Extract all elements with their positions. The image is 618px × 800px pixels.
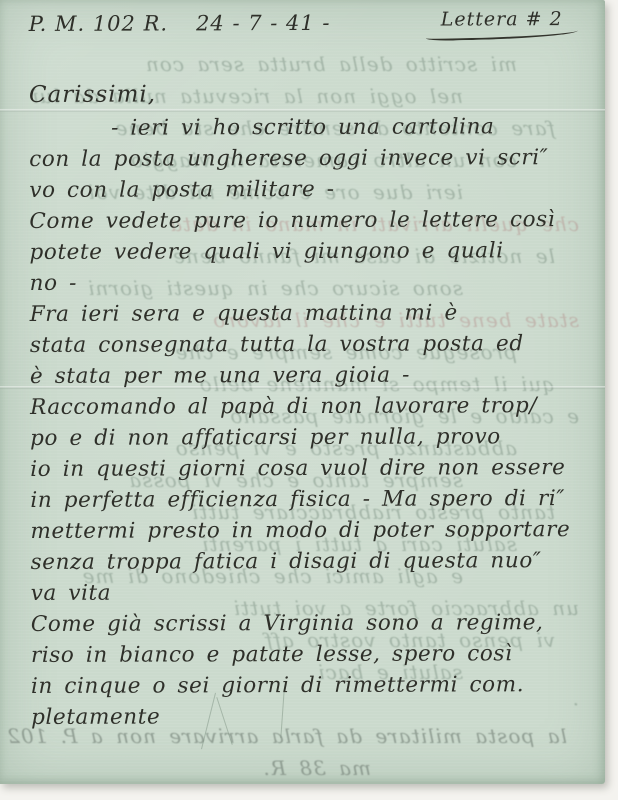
- body-line: con la posta ungherese oggi invece vi sc…: [29, 142, 590, 175]
- header-left: P. M. 102 R. 24 - 7 - 41 -: [29, 8, 331, 39]
- body-line: po e di non affaticarsi per nulla, provo: [30, 421, 591, 454]
- body-line: Come vedete pure io numero le lettere co…: [29, 204, 590, 237]
- letter-number-underline: [426, 30, 578, 41]
- body-line: stata consegnata tutta la vostra posta e…: [30, 328, 591, 361]
- body-line: riso in bianco e patate lesse, spero cos…: [31, 638, 592, 671]
- body-line: Raccomando al papà di non lavorare trop/: [30, 390, 591, 423]
- letter-date: 24 - 7 - 41 -: [196, 8, 331, 38]
- header-right: Lettera # 2: [426, 7, 578, 40]
- body-line: potete vedere quali vi giungono e quali: [29, 235, 590, 268]
- body-line: mettermi presto in modo di poter sopport…: [30, 514, 591, 547]
- body-line: in perfetta efficienza fisica - Ma spero…: [30, 483, 591, 516]
- field-post-number: P. M. 102 R.: [29, 8, 168, 38]
- letter-header: P. M. 102 R. 24 - 7 - 41 - Lettera # 2: [29, 7, 590, 41]
- letter-paper: mi scritto della brutta sera connel oggi…: [0, 0, 605, 784]
- body-line: è stata per me una vera gioia -: [30, 359, 591, 392]
- body-line: senza troppa fatica i disagi di questa n…: [31, 545, 592, 578]
- body-line: Come già scrissi a Virginia sono a regim…: [31, 607, 592, 640]
- body-line: io in questi giorni cosa vuol dire non e…: [30, 452, 591, 485]
- body-line: vo con la posta militare -: [29, 173, 590, 206]
- body-line: in cinque o sei giorni di rimettermi com…: [31, 669, 592, 702]
- body-line: - ieri vi ho scritto una cartolina: [29, 111, 590, 144]
- body-line: va vita: [31, 576, 592, 609]
- letter-number-label: Lettera # 2: [426, 7, 578, 32]
- letter-content: P. M. 102 R. 24 - 7 - 41 - Lettera # 2 C…: [0, 0, 605, 784]
- salutation: Carissimi,: [29, 79, 590, 109]
- scanned-letter: mi scritto della brutta sera connel oggi…: [0, 0, 618, 800]
- body-line: Fra ieri sera e questa mattina mi è: [30, 297, 591, 330]
- letter-body: - ieri vi ho scritto una cartolinacon la…: [29, 111, 592, 733]
- body-line: pletamente: [31, 700, 592, 733]
- body-line: no -: [30, 266, 591, 299]
